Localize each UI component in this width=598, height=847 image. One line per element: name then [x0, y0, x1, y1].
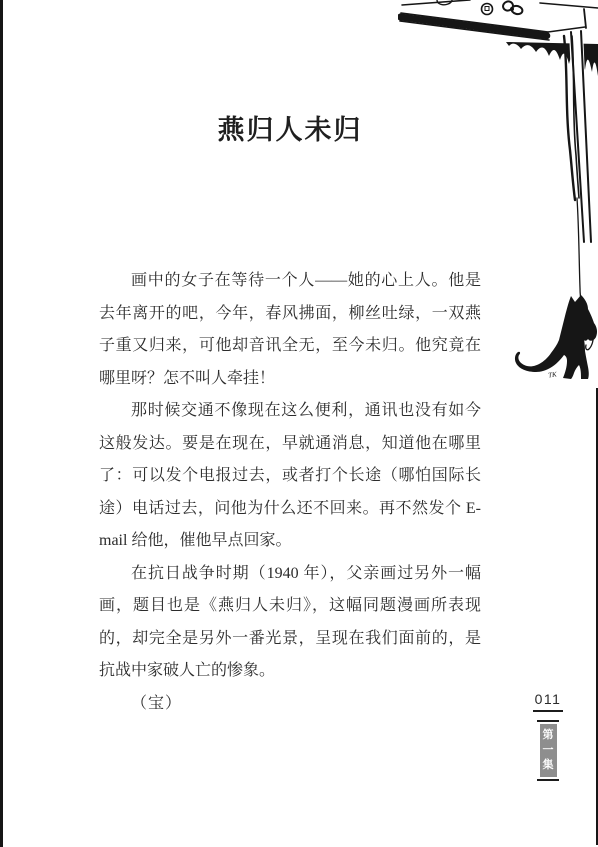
paragraph-3: 在抗日战争时期（1940 年），父亲画过另外一幅画，题目也是《燕归人未归》，这幅…	[99, 558, 481, 688]
volume-tab: 第 一 集	[537, 720, 559, 781]
folio-block: 011 第 一 集	[531, 691, 565, 781]
volume-tab-char-3: 集	[543, 760, 554, 771]
tab-rule-top	[537, 720, 559, 722]
author-signature: （宝）	[99, 688, 481, 721]
artist-signature: TK	[548, 370, 558, 379]
table-top-drawing	[398, 0, 598, 40]
paragraph-2: 那时候交通不像现在这么便利，通讯也没有如今这般发达。要是在现在，早就通消息，知道…	[99, 395, 481, 558]
body-text: 画中的女子在等待一个人——她的心上人。他是去年离开的吧，今年，春风拂面，柳丝吐绿…	[99, 265, 481, 720]
book-page: TK 燕归人未归 画中的女子在等待一个人——她的心上人。他是去年离开的吧，今年，…	[0, 0, 598, 847]
volume-tab-char-2: 一	[543, 745, 554, 756]
paragraph-1: 画中的女子在等待一个人——她的心上人。他是去年离开的吧，今年，春风拂面，柳丝吐绿…	[99, 265, 481, 395]
table-shadow-drawing	[506, 30, 598, 245]
ball-icon	[482, 4, 493, 15]
cat-silhouette-drawing: TK	[515, 295, 597, 380]
volume-tab-char-1: 第	[543, 730, 554, 741]
page-title: 燕归人未归	[99, 114, 481, 146]
volume-tab-bar: 第 一 集	[540, 724, 557, 777]
page-left-edge-rule	[0, 0, 3, 847]
tab-rule-bottom	[537, 779, 559, 781]
page-number: 011	[533, 691, 564, 712]
